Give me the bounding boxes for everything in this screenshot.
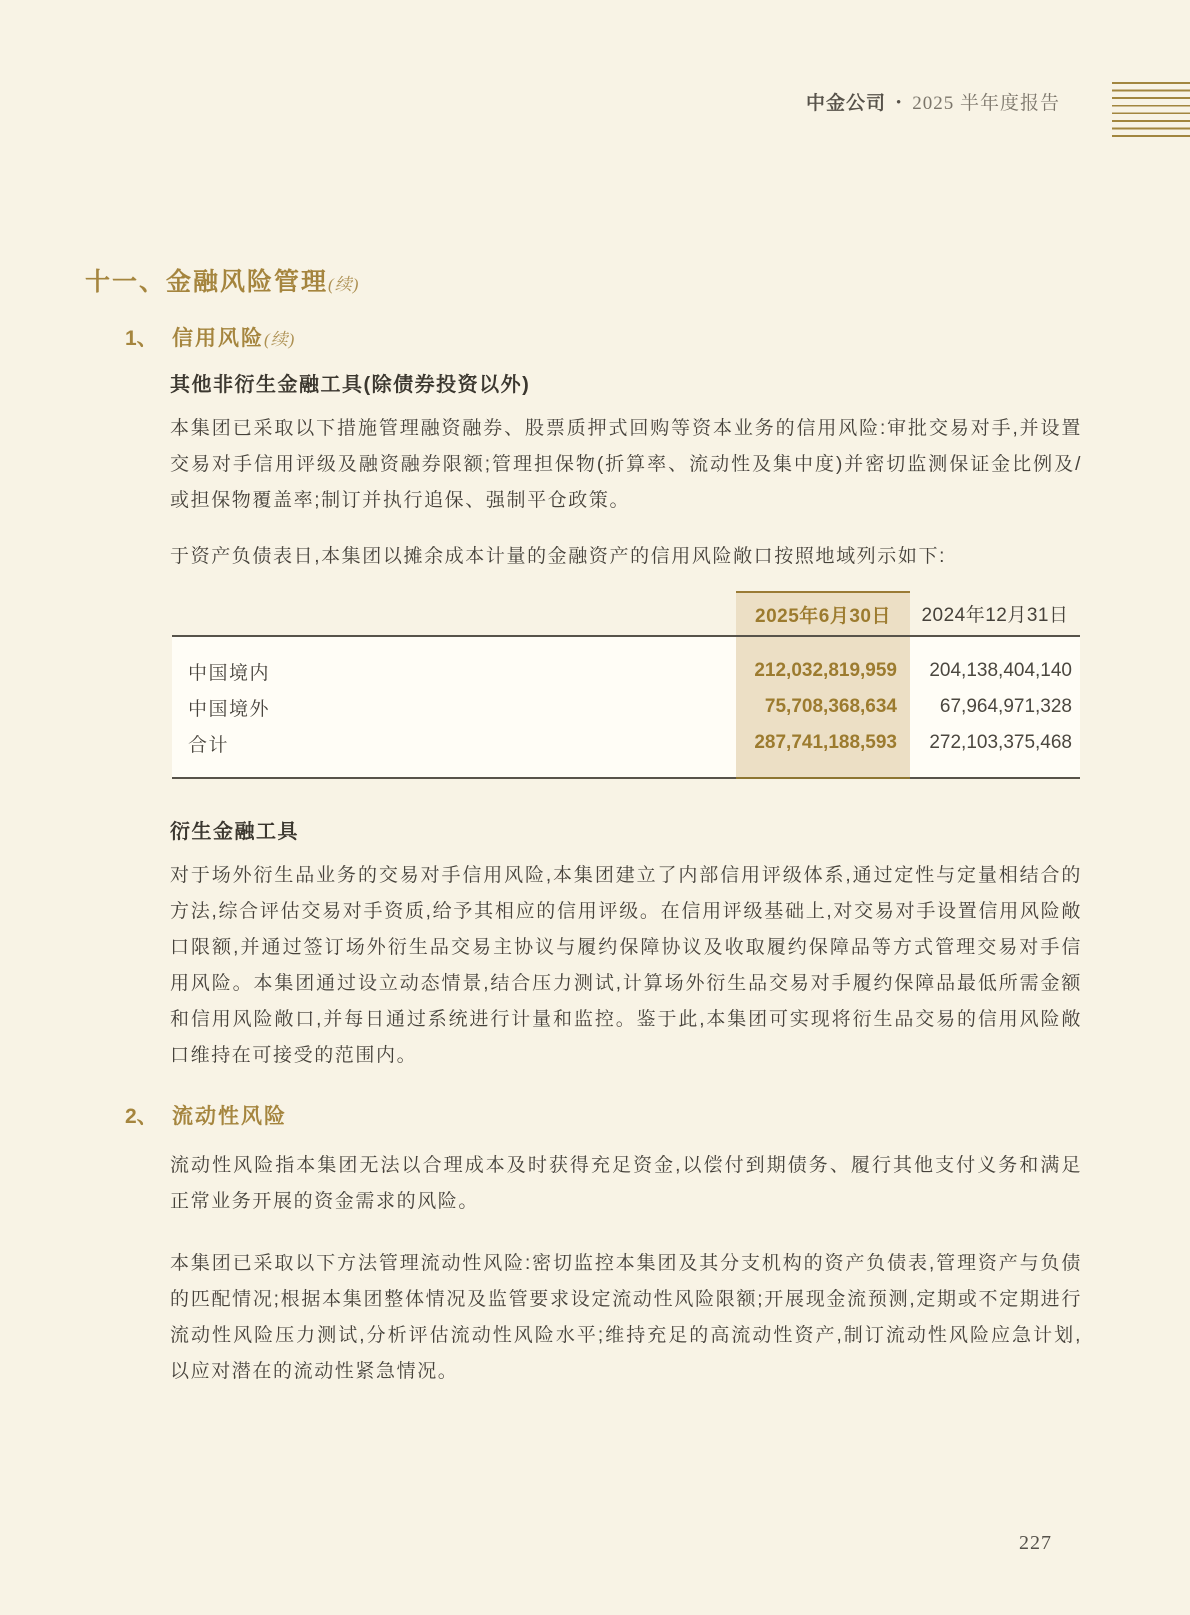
section-number: 十一、 — [85, 268, 166, 296]
section-heading-financial-risk: 十一、金融风险管理(续) — [85, 262, 1190, 298]
report-page: 中金公司•2025 半年度报告 十一、金融风险管理(续) 1、信用风险(续) 其… — [0, 0, 1190, 1615]
subsection-credit-risk: 1、信用风险(续) — [125, 322, 1190, 352]
subsection-title-text: 信用风险 — [172, 327, 264, 350]
cell-prior-value: 272,103,375,468 — [910, 732, 1080, 754]
cell-current-value: 212,032,819,959 — [736, 653, 910, 689]
paragraph-liquidity-definition: 流动性风险指本集团无法以合理成本及时获得充足资金,以偿付到期债务、履行其他支付义… — [170, 1148, 1082, 1220]
credit-exposure-table: 2025年6月30日 2024年12月31日 中国境内 212,032,819,… — [172, 591, 1080, 779]
column-header-current-period: 2025年6月30日 — [736, 591, 910, 635]
column-header-prior-period: 2024年12月31日 — [910, 591, 1080, 635]
heading-derivative-instruments: 衍生金融工具 — [170, 815, 1080, 844]
paragraph-exposure-intro: 于资产负债表日,本集团以摊余成本计量的金融资产的信用风险敞口按照地域列示如下: — [170, 539, 1082, 575]
cell-current-value: 287,741,188,593 — [736, 725, 910, 761]
section-title-text: 金融风险管理 — [166, 268, 328, 296]
table-row-total: 合计 287,741,188,593 272,103,375,468 — [172, 725, 1080, 761]
cell-prior-value: 204,138,404,140 — [910, 660, 1080, 682]
subsection-title-text: 流动性风险 — [172, 1105, 287, 1128]
subsection-liquidity-risk: 2、流动性风险 — [125, 1100, 1190, 1130]
table-body: 中国境内 212,032,819,959 204,138,404,140 中国境… — [172, 637, 1080, 779]
section-continued-label: (续) — [328, 275, 359, 294]
cell-prior-value: 67,964,971,328 — [910, 696, 1080, 718]
table-spacer-row — [172, 761, 1080, 777]
cell-current-value: 75,708,368,634 — [736, 689, 910, 725]
subsection-continued-label: (续) — [264, 330, 295, 349]
heading-other-nonderivative-instruments: 其他非衍生金融工具(除债券投资以外) — [170, 368, 1080, 397]
subsection-number: 1、 — [125, 322, 172, 352]
row-label: 合计 — [172, 730, 736, 757]
row-label: 中国境内 — [172, 658, 736, 685]
table-row-domestic: 中国境内 212,032,819,959 204,138,404,140 — [172, 653, 1080, 689]
table-row-overseas: 中国境外 75,708,368,634 67,964,971,328 — [172, 689, 1080, 725]
table-header-row: 2025年6月30日 2024年12月31日 — [172, 591, 1080, 637]
subsection-number: 2、 — [125, 1100, 172, 1130]
table-spacer-row — [172, 637, 1080, 653]
paragraph-credit-measures: 本集团已采取以下措施管理融资融券、股票质押式回购等资本业务的信用风险:审批交易对… — [170, 411, 1082, 519]
table-header-empty — [172, 591, 736, 635]
paragraph-derivatives: 对于场外衍生品业务的交易对手信用风险,本集团建立了内部信用评级体系,通过定性与定… — [170, 858, 1082, 1074]
paragraph-liquidity-measures: 本集团已采取以下方法管理流动性风险:密切监控本集团及其分支机构的资产负债表,管理… — [170, 1246, 1082, 1390]
row-label: 中国境外 — [172, 694, 736, 721]
page-number: 227 — [1019, 1532, 1052, 1555]
page-content: 十一、金融风险管理(续) 1、信用风险(续) 其他非衍生金融工具(除债券投资以外… — [0, 0, 1190, 1390]
